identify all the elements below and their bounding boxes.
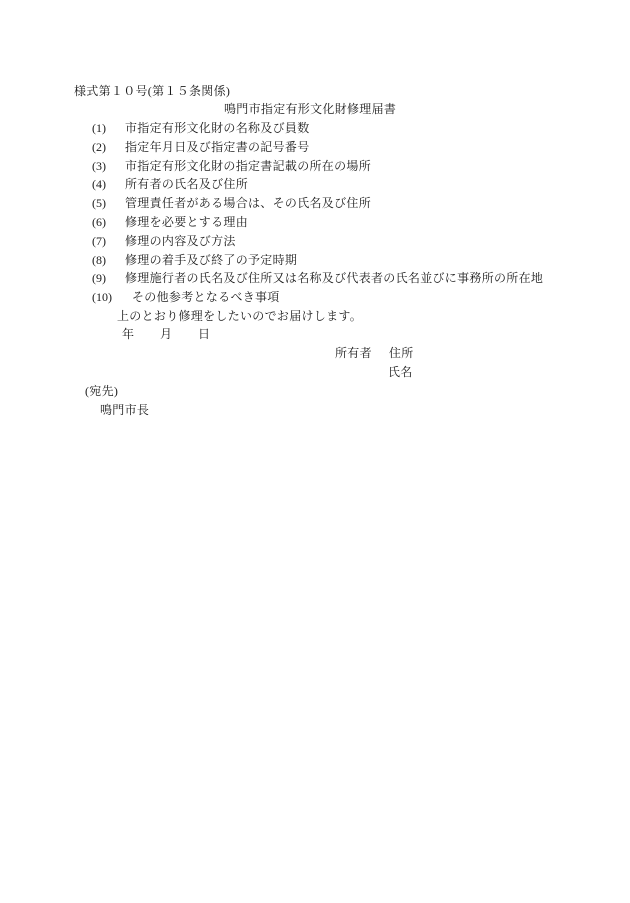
item-text: その他参考となるべき事項 (132, 290, 280, 304)
item-number: (1) (92, 121, 125, 136)
address-label: 住所 (389, 346, 414, 360)
item-number: (8) (92, 253, 125, 268)
year-label: 年 (122, 327, 134, 342)
item-number: (9) (92, 271, 125, 286)
item-text: 修理の着手及び終了の予定時期 (125, 253, 297, 267)
item-number: (2) (92, 140, 125, 155)
item-number: (3) (92, 159, 125, 174)
item-text: 所有者の氏名及び住所 (125, 177, 248, 191)
item-number: (7) (92, 234, 125, 249)
item-text: 修理施行者の氏名及び住所又は名称及び代表者の氏名並びに事務所の所在地 (125, 271, 543, 285)
item-text: 指定年月日及び指定書の記号番号 (125, 140, 310, 154)
addressee-name: 鳴門市長 (100, 403, 149, 418)
form-number: 様式第１０号(第１５条関係) (74, 84, 230, 99)
item-row-3: (3)市指定有形文化財の指定書記載の所在の場所 (92, 159, 371, 174)
item-number: (4) (92, 177, 125, 192)
document-title: 鳴門市指定有形文化財修理届書 (224, 102, 396, 117)
day-label: 日 (198, 327, 210, 342)
item-number: (6) (92, 215, 125, 230)
statement-line: 上のとおり修理をしたいのでお届けします。 (117, 309, 362, 324)
item-row-10: (10)その他参考となるべき事項 (92, 290, 280, 305)
date-line: 年 月 日 (0, 327, 630, 342)
item-row-4: (4)所有者の氏名及び住所 (92, 177, 248, 192)
name-label: 氏名 (388, 365, 413, 380)
item-row-9: (9)修理施行者の氏名及び住所又は名称及び代表者の氏名並びに事務所の所在地 (92, 271, 543, 286)
owner-line: 所有者住所 (335, 346, 414, 361)
item-text: 市指定有形文化財の名称及び員数 (125, 121, 310, 135)
month-label: 月 (160, 327, 172, 342)
item-row-2: (2)指定年月日及び指定書の記号番号 (92, 140, 310, 155)
item-text: 修理を必要とする理由 (125, 215, 248, 229)
item-text: 管理責任者がある場合は、その氏名及び住所 (125, 196, 371, 210)
item-text: 市指定有形文化財の指定書記載の所在の場所 (125, 159, 371, 173)
item-number: (10) (92, 290, 132, 305)
addressee-paren: (宛先) (85, 384, 118, 399)
item-row-5: (5)管理責任者がある場合は、その氏名及び住所 (92, 196, 371, 211)
item-row-6: (6)修理を必要とする理由 (92, 215, 248, 230)
owner-label: 所有者 (335, 346, 372, 360)
item-row-8: (8)修理の着手及び終了の予定時期 (92, 253, 297, 268)
item-row-1: (1)市指定有形文化財の名称及び員数 (92, 121, 310, 136)
item-text: 修理の内容及び方法 (125, 234, 236, 248)
item-number: (5) (92, 196, 125, 211)
item-row-7: (7)修理の内容及び方法 (92, 234, 236, 249)
document-page: 様式第１０号(第１５条関係) 鳴門市指定有形文化財修理届書 (1)市指定有形文化… (0, 0, 630, 903)
